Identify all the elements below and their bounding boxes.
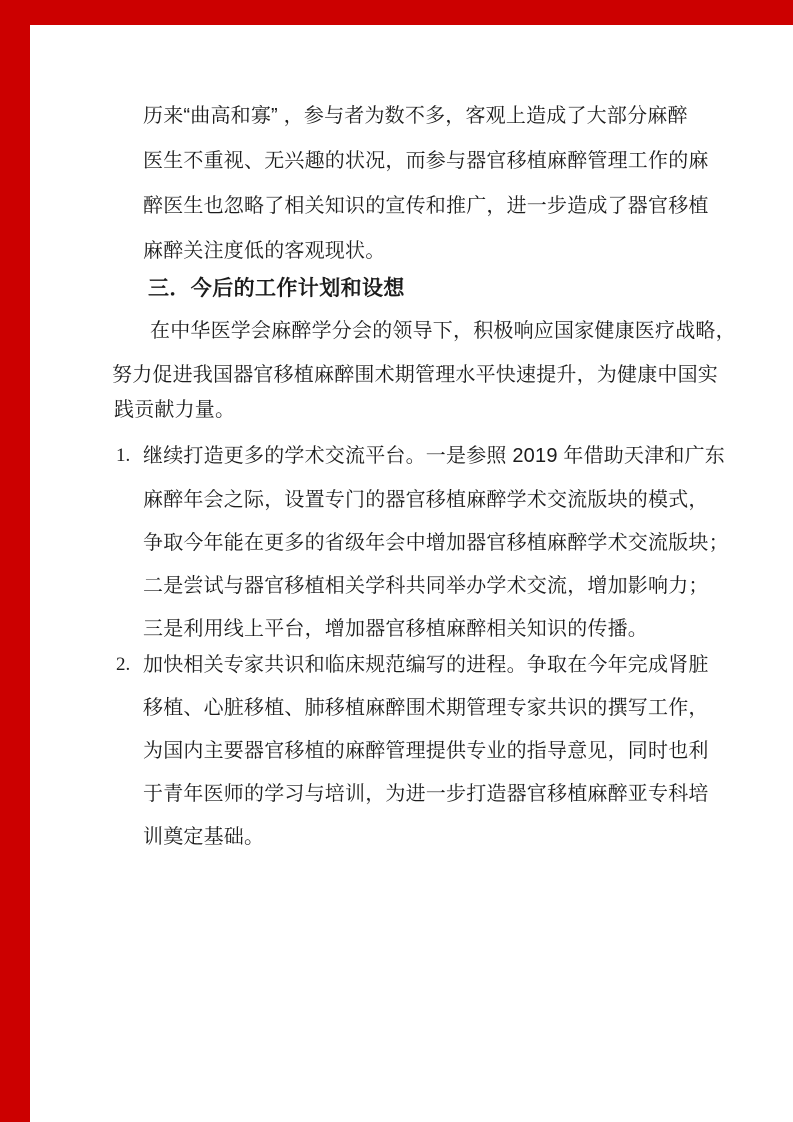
page-edge-left xyxy=(0,0,30,1122)
paragraph1-line: 醉医生也忽略了相关知识的宣传和推广，进一步造成了器官移植 xyxy=(143,193,709,219)
paragraph2-line: 努力促进我国器官移植麻醉围术期管理水平快速提升，为健康中国实 xyxy=(112,362,718,388)
list-item2-line: 加快相关专家共识和临床规范编写的进程。争取在今年完成肾脏 xyxy=(143,652,709,678)
paragraph2-line: 践贡献力量。 xyxy=(114,397,235,423)
list-item2-line: 为国内主要器官移植的麻醉管理提供专业的指导意见，同时也利 xyxy=(143,738,709,764)
paragraph2-line: 在中华医学会麻醉学分会的领导下，积极响应国家健康医疗战略， xyxy=(150,318,736,344)
list-item1-line: 争取今年能在更多的省级年会中增加器官移植麻醉学术交流版块； xyxy=(143,530,729,556)
paragraph1-line: 历来“曲高和寡” ，参与者为数不多，客观上造成了大部分麻醉 xyxy=(143,103,688,129)
paragraph1-line: 医生不重视、无兴趣的状况，而参与器官移植麻醉管理工作的麻 xyxy=(143,148,709,174)
list-item2-line: 于青年医师的学习与培训，为进一步打造器官移植麻醉亚专科培 xyxy=(143,781,709,807)
list-item1-line: 二是尝试与器官移植相关学科共同举办学术交流，增加影响力； xyxy=(143,573,709,599)
list-item2-line: 移植、心脏移植、肺移植麻醉围术期管理专家共识的撰写工作， xyxy=(143,695,709,721)
list-item1-line: 三是利用线上平台，增加器官移植麻醉相关知识的传播。 xyxy=(143,616,648,642)
page-edge-top xyxy=(0,0,793,25)
paragraph1-line: 麻醉关注度低的客观现状。 xyxy=(143,238,385,264)
list-item1-line: 麻醉年会之际，设置专门的器官移植麻醉学术交流版块的模式， xyxy=(143,487,709,513)
list-item-number: 2. xyxy=(116,654,130,676)
list-item1-line: 继续打造更多的学术交流平台。一是参照 2019 年借助天津和广东 xyxy=(143,443,725,469)
section-heading: 三．今后的工作计划和设想 xyxy=(148,276,405,302)
list-item-number: 1. xyxy=(116,445,130,467)
document-page: 历来“曲高和寡” ，参与者为数不多，客观上造成了大部分麻醉 医生不重视、无兴趣的… xyxy=(0,0,793,1122)
list-item2-line: 训奠定基础。 xyxy=(143,824,264,850)
